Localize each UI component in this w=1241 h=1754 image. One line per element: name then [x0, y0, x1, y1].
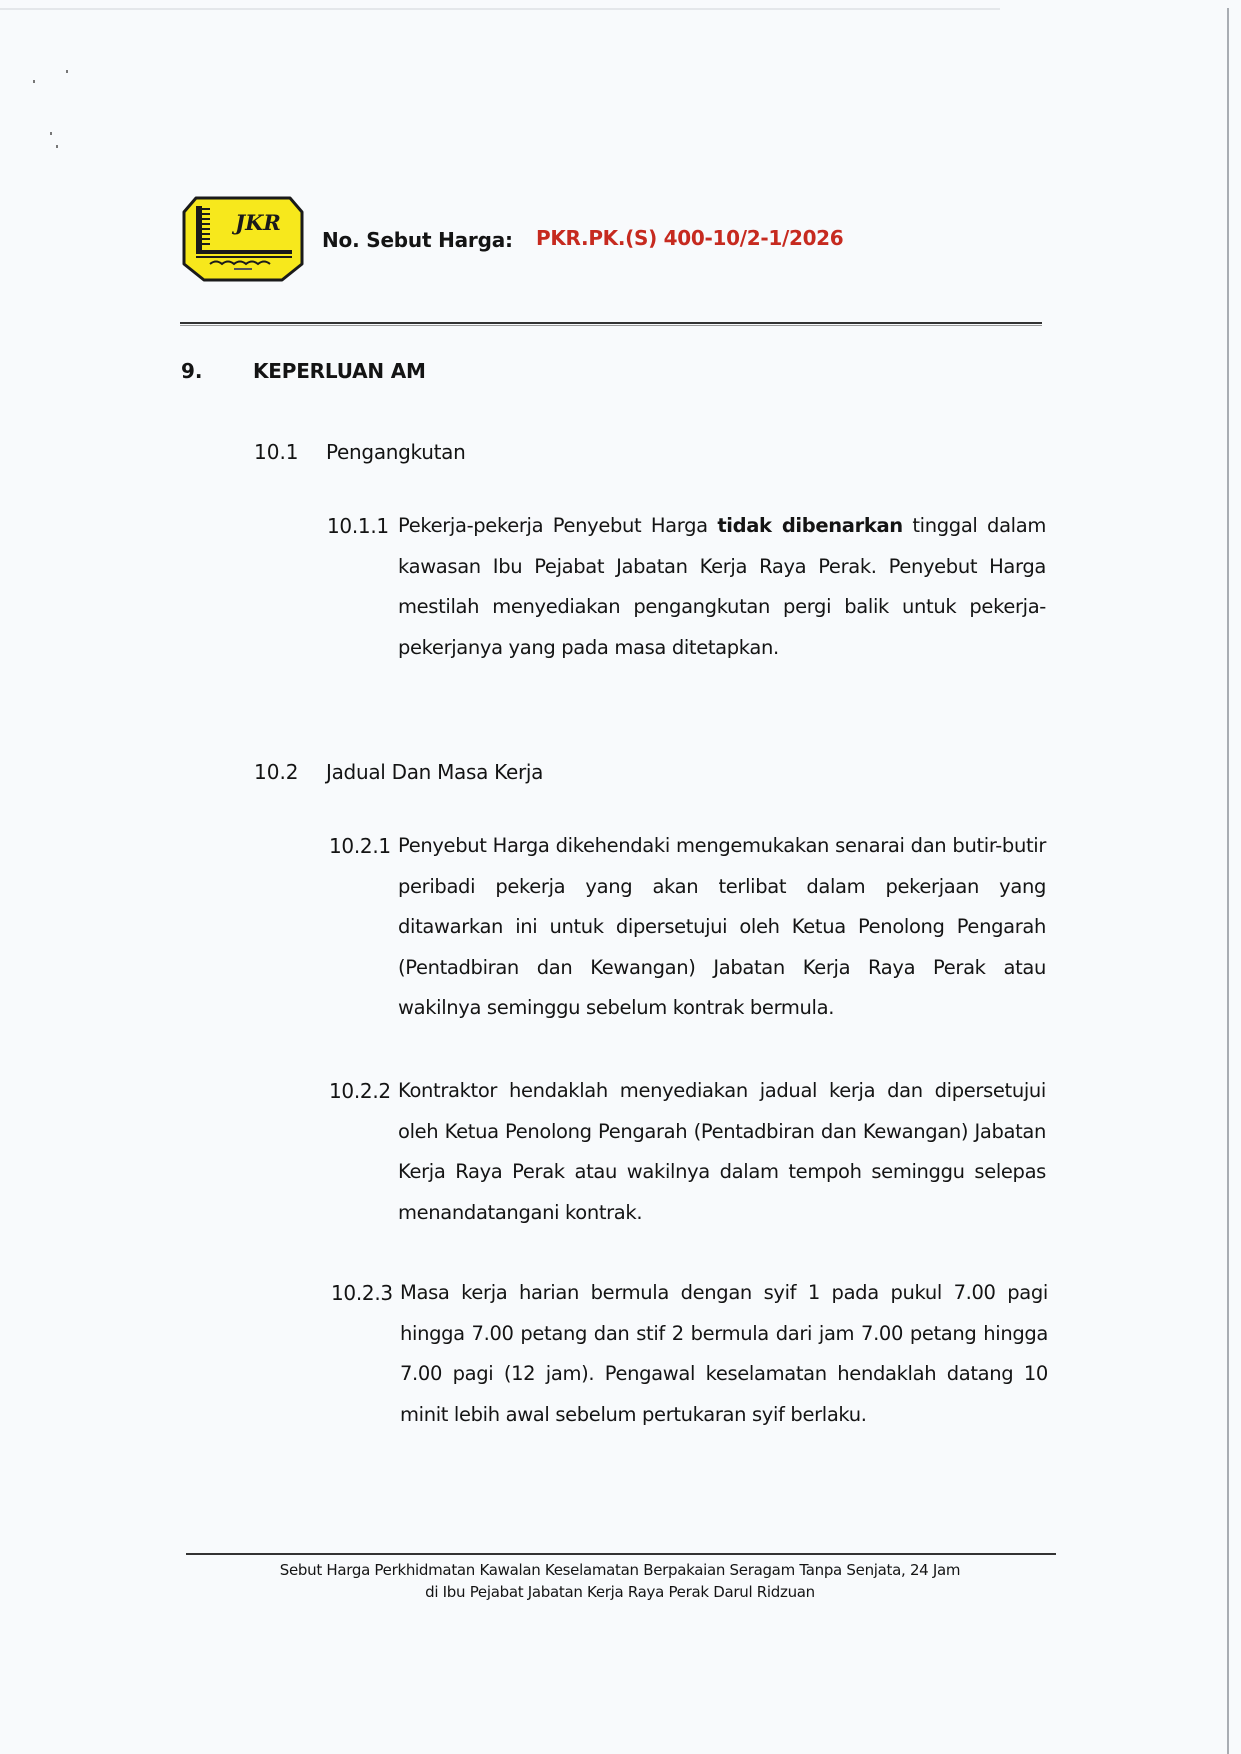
header-rule-secondary	[180, 325, 1042, 326]
item-text: Masa kerja harian bermula dengan syif 1 …	[400, 1273, 1048, 1435]
item-number: 10.2.1	[329, 834, 391, 858]
section-title: KEPERLUAN AM	[253, 359, 426, 383]
item-number: 10.2.3	[331, 1281, 393, 1305]
subsection-title: Jadual Dan Masa Kerja	[326, 760, 543, 784]
footer-line-2: di Ibu Pejabat Jabatan Kerja Raya Perak …	[200, 1581, 1040, 1603]
quotation-number: PKR.PK.(S) 400-10/2-1/2026	[536, 226, 843, 250]
scan-edge-right	[1227, 8, 1229, 1754]
subsection-number: 10.1	[254, 440, 299, 464]
jkr-logo: JKR	[182, 196, 304, 282]
header-rule	[180, 322, 1042, 324]
subsection-number: 10.2	[254, 760, 299, 784]
scan-edge-top	[0, 8, 1000, 10]
section-number: 9.	[181, 359, 203, 383]
item-text: Penyebut Harga dikehendaki mengemukakan …	[398, 826, 1046, 1029]
footer-line-1: Sebut Harga Perkhidmatan Kawalan Keselam…	[200, 1559, 1040, 1581]
footer: Sebut Harga Perkhidmatan Kawalan Keselam…	[200, 1559, 1040, 1603]
logo-text: JKR	[231, 210, 281, 235]
quotation-label: No. Sebut Harga:	[322, 228, 513, 252]
subsection-title: Pengangkutan	[326, 440, 465, 464]
item-number: 10.1.1	[327, 514, 389, 538]
footer-rule	[186, 1553, 1056, 1555]
item-number: 10.2.2	[329, 1079, 391, 1103]
item-text: Kontraktor hendaklah menyediakan jadual …	[398, 1071, 1046, 1233]
emphasis-text: tidak dibenarkan	[717, 514, 903, 537]
item-text: Pekerja-pekerja Penyebut Harga tidak dib…	[398, 506, 1046, 668]
